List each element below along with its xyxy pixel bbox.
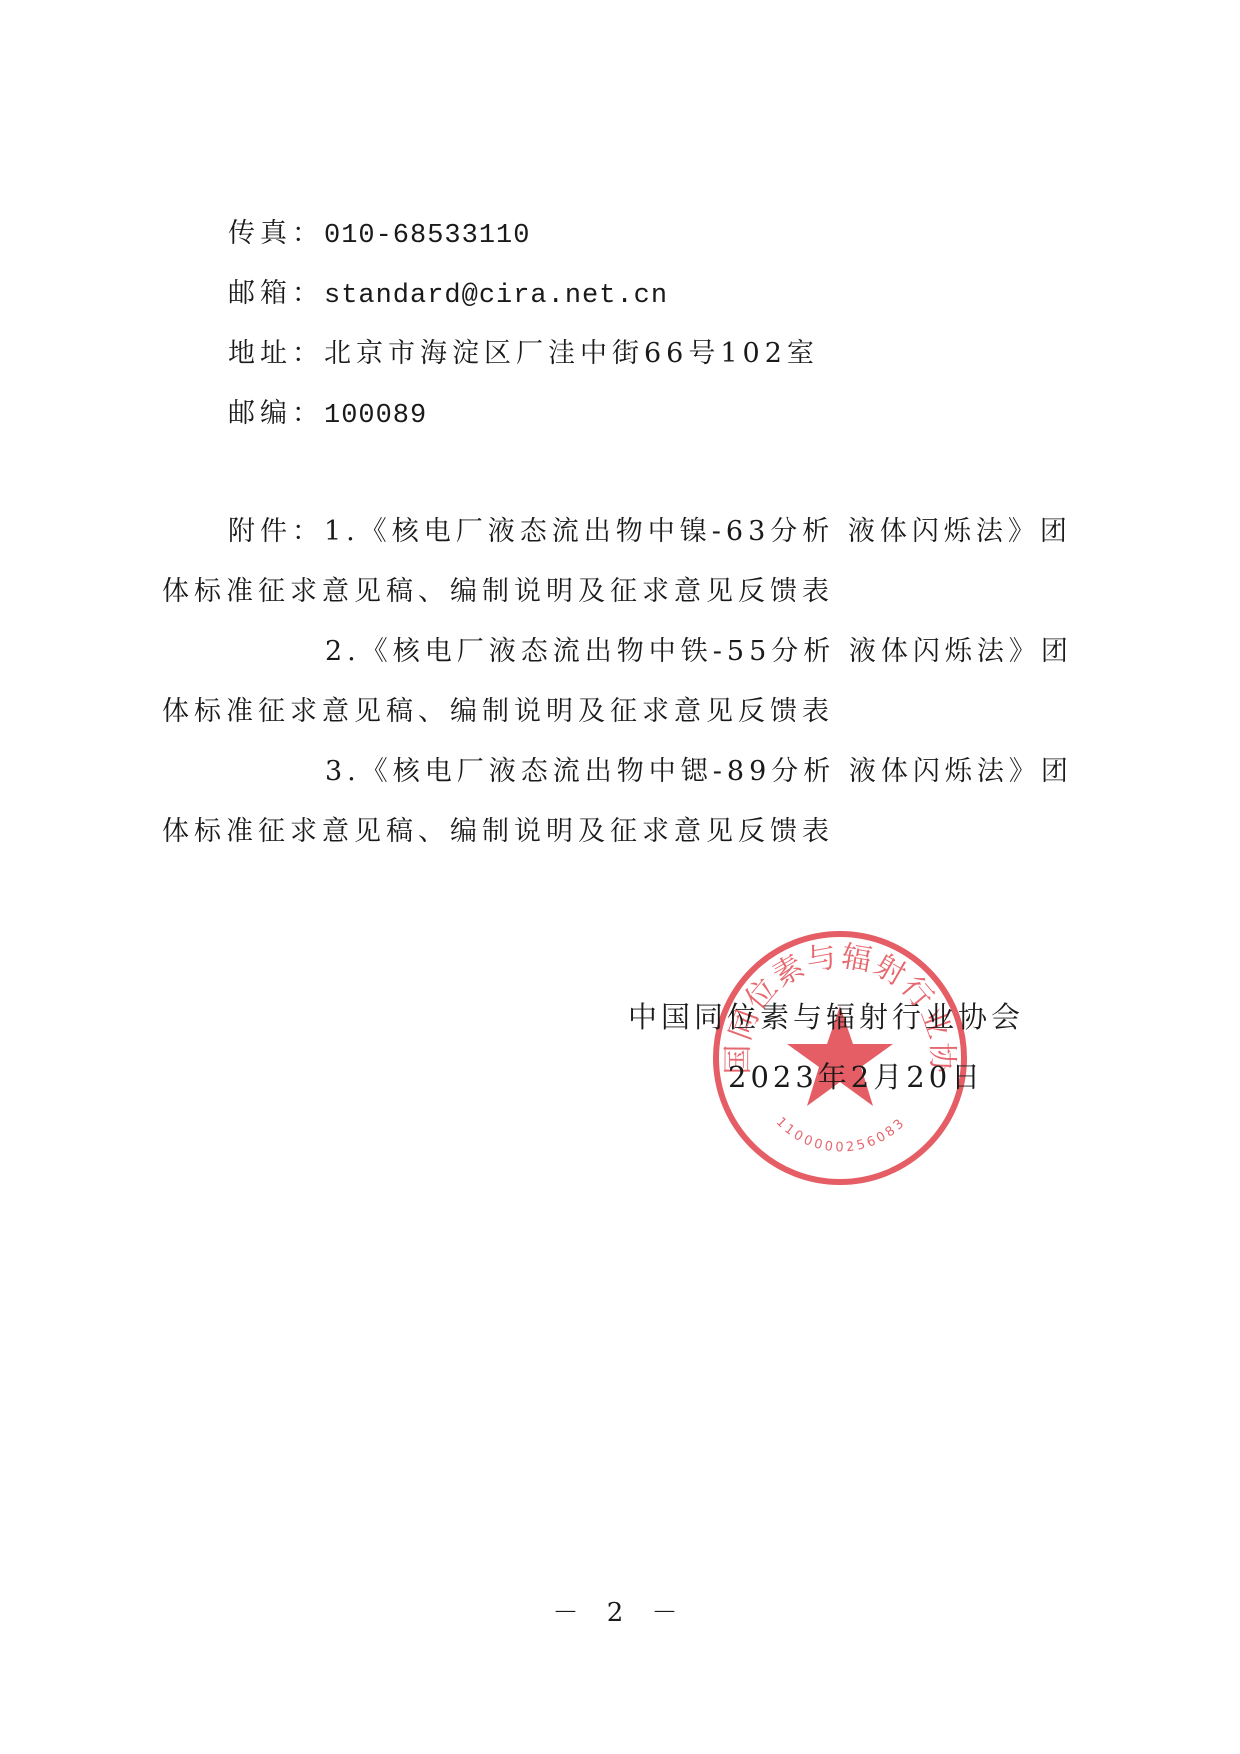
postcode-line: 邮编：100089 (228, 396, 427, 434)
address-label: 地址： (228, 338, 324, 369)
postcode-label: 邮编： (228, 398, 324, 429)
page-number: － 2 － (0, 1592, 1240, 1629)
attachment-3-line2: 体标准征求意见稿、编制说明及征求意见反馈表 (162, 814, 834, 850)
fax-line: 传真：010-68533110 (228, 216, 530, 254)
fax-value: 010-68533110 (324, 221, 530, 251)
attachment-2-title: 《核电厂液态流出物中铁-55分析 液体闪烁法》团 (361, 636, 1073, 667)
attachments-label: 附件： (228, 516, 324, 547)
address-line: 地址：北京市海淀区厂洼中街66号102室 (228, 336, 819, 372)
signature-organization: 中国同位素与辐射行业协会 (628, 995, 1024, 1036)
attachment-3-number: 3. (325, 756, 361, 787)
seal-code: 1100000256083 (773, 1115, 909, 1156)
attachment-3-line1: 3.《核电厂液态流出物中锶-89分析 液体闪烁法》团 (325, 754, 1073, 790)
email-value: standard@cira.net.cn (324, 281, 668, 311)
fax-label: 传真： (228, 218, 324, 249)
postcode-value: 100089 (324, 401, 427, 431)
email-label: 邮箱： (228, 278, 324, 309)
attachment-1-line2: 体标准征求意见稿、编制说明及征求意见反馈表 (162, 574, 834, 610)
email-line: 邮箱：standard@cira.net.cn (228, 276, 668, 314)
attachment-2-line2: 体标准征求意见稿、编制说明及征求意见反馈表 (162, 694, 834, 730)
attachment-3-title: 《核电厂液态流出物中锶-89分析 液体闪烁法》团 (361, 756, 1073, 787)
svg-text:1100000256083: 1100000256083 (773, 1115, 909, 1156)
address-value: 北京市海淀区厂洼中街66号102室 (324, 338, 819, 369)
attachment-1-line1: 附件：1.《核电厂液态流出物中镍-63分析 液体闪烁法》团 (228, 514, 1072, 550)
attachment-1-number: 1. (324, 516, 360, 547)
attachment-2-number: 2. (325, 636, 361, 667)
attachment-2-line1: 2.《核电厂液态流出物中铁-55分析 液体闪烁法》团 (325, 634, 1073, 670)
attachment-1-title: 《核电厂液态流出物中镍-63分析 液体闪烁法》团 (360, 516, 1072, 547)
signature-date: 2023年2月20日 (728, 1055, 984, 1096)
